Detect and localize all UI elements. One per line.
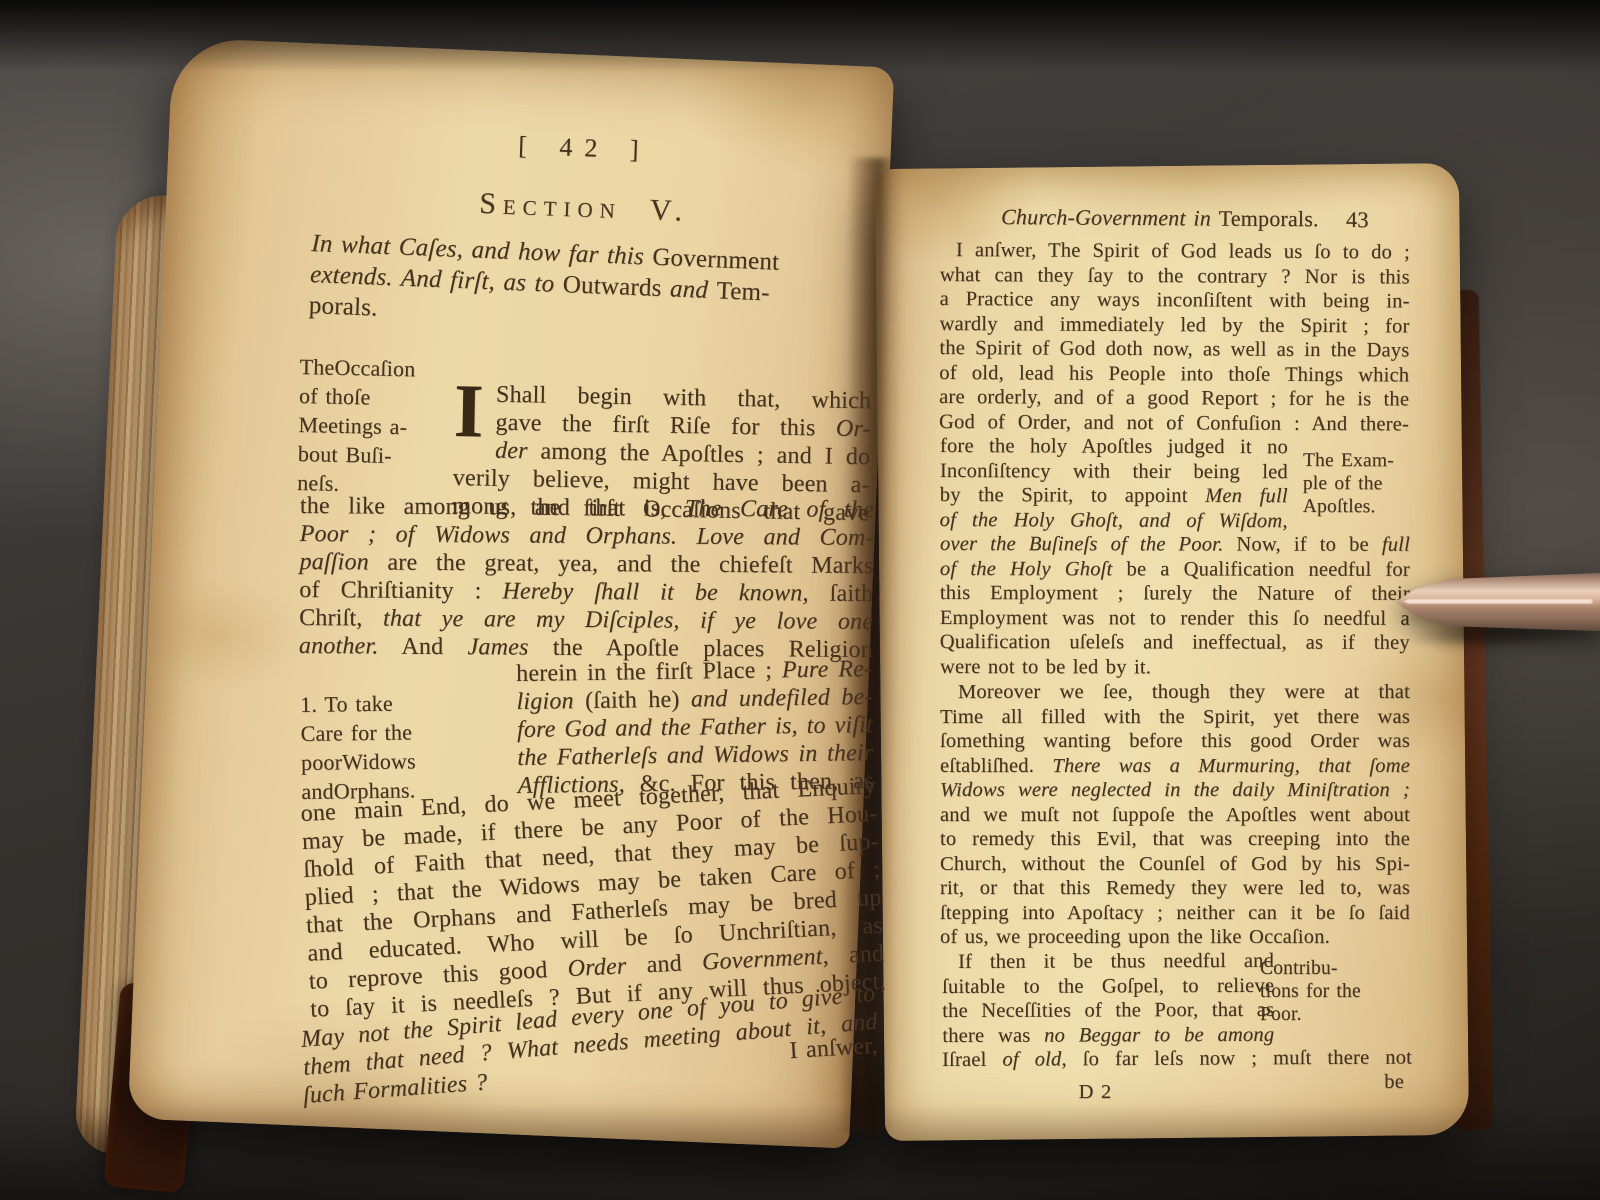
paragraph-care-of-poor: the like among us, and that is, The Care… [299,492,874,664]
catchword-right: be [1320,1070,1404,1095]
drop-cap-letter: I [453,383,484,440]
margin-note-contributions: Contribu- tions for the Poor. [1260,957,1410,1026]
paragraph-israel-line: Iſrael of old, ſo far leſs now ; muſt th… [942,1046,1412,1073]
paragraph-qualification-end: were not to be led by it. [940,655,1240,680]
paragraph-contributions: If then it be thus needful and ſuitable … [942,949,1274,1048]
margin-note-example: The Exam- ple of the Apoſtles. [1303,449,1421,518]
letter-opener-pointer [1395,571,1600,633]
book-photograph: [ 42 ] Section V. In what Caſes, and how… [0,0,1600,1200]
paragraph-qualification: over the Buſineſs of the Poor. Now, if t… [940,532,1410,655]
signature-mark: D 2 [1020,1080,1170,1105]
running-head: Church-Government in Temporals. [992,204,1328,232]
blade-highlight [1403,599,1593,604]
paragraph-answer: I anſwer, The Spirit of God leads us ſo … [939,238,1410,436]
margin-note-occasion: TheOccaſion of thoſe Meetings a- bout Bu… [297,352,455,500]
margin-note-care: 1. To take Care for the poorWidows andOr… [300,688,467,806]
paragraph-moreover: Moreover we ſee, though they were at tha… [940,680,1410,925]
page-number-43: 43 [1346,207,1406,233]
paragraph-answer-narrow: fore the holy Apoſtles judged it no Inco… [940,434,1288,533]
paragraph-moreover-end: of us, we proceeding upon the like Occaſ… [940,925,1410,950]
